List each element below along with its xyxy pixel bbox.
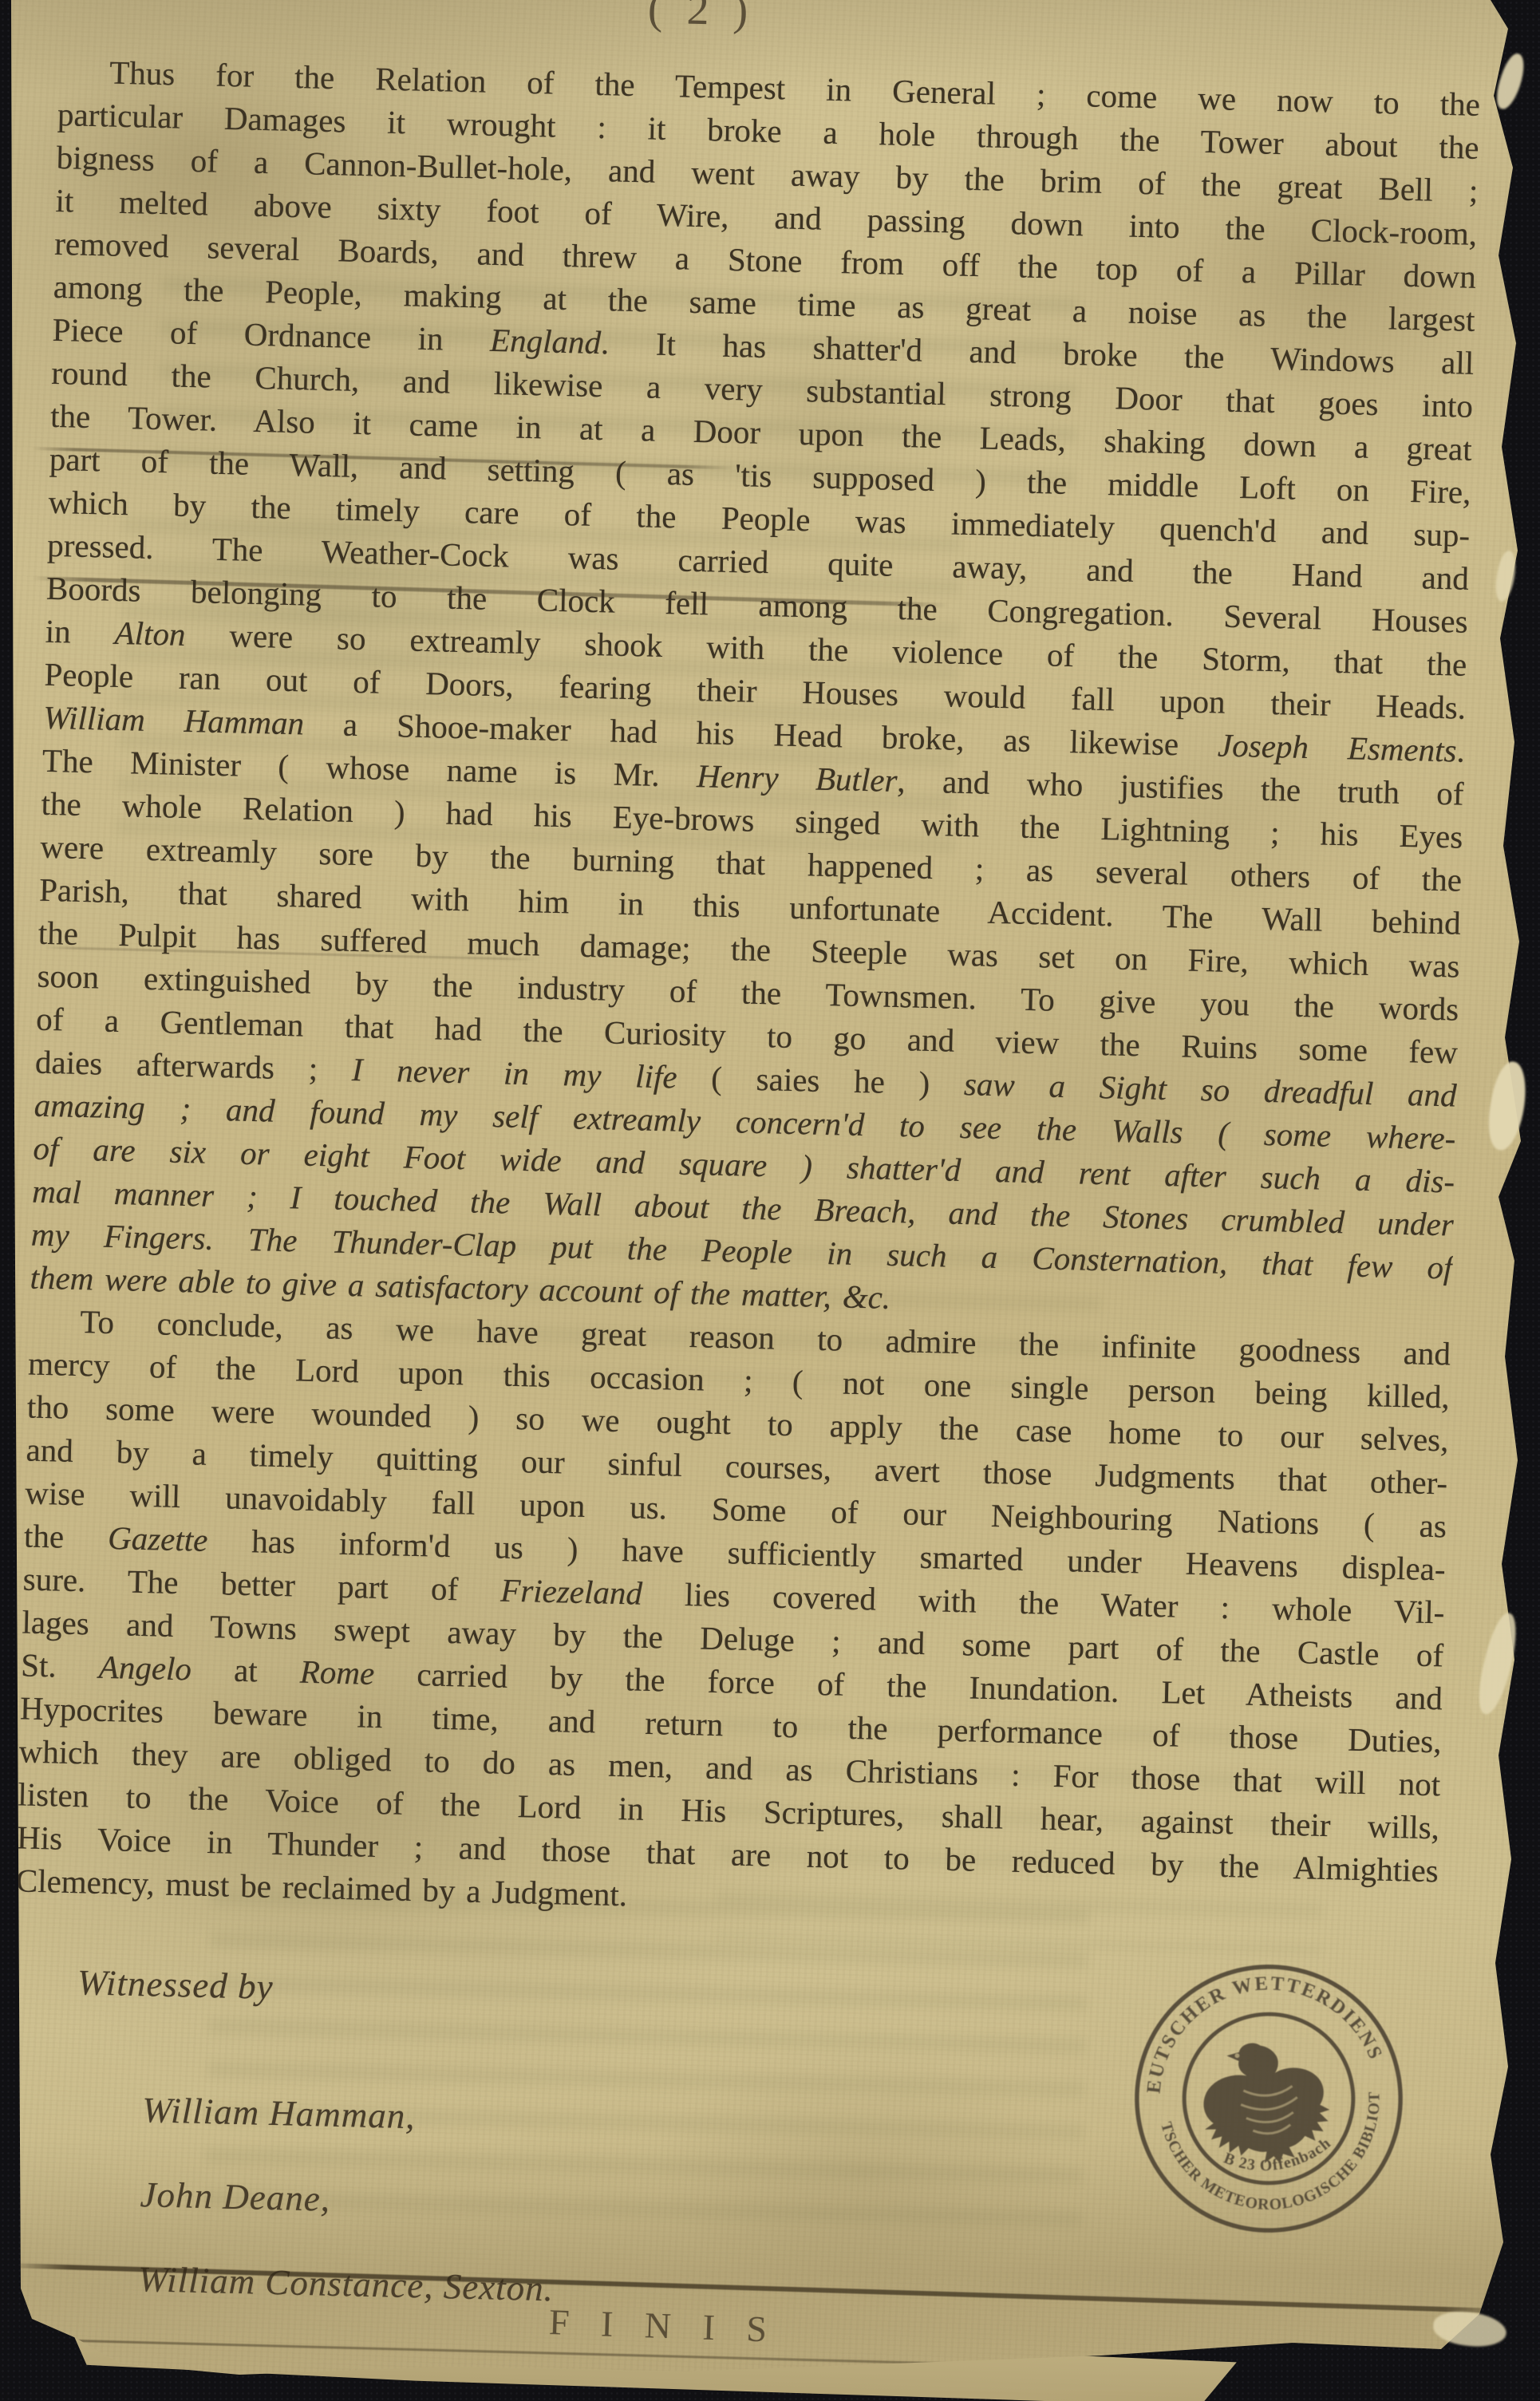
library-stamp: ★ DEUTSCHER WETTERDIENST ★ DEUTSCHER MET… xyxy=(1106,1936,1431,2261)
paragraph: Thus for the Relation of the Tempest in … xyxy=(30,49,1480,1333)
page-number: ( 2 ) xyxy=(647,0,755,36)
document-page: ( 2 ) Thus for the Relation of the Tempe… xyxy=(0,0,1540,2401)
paragraph: To conclude, as we have great reason to … xyxy=(15,1299,1451,1936)
finis-text: F I N I S xyxy=(548,2300,779,2350)
witness-name: William Constance, Sexton. xyxy=(138,2257,1429,2331)
scanned-document-background: ( 2 ) Thus for the Relation of the Tempe… xyxy=(0,0,1540,2401)
